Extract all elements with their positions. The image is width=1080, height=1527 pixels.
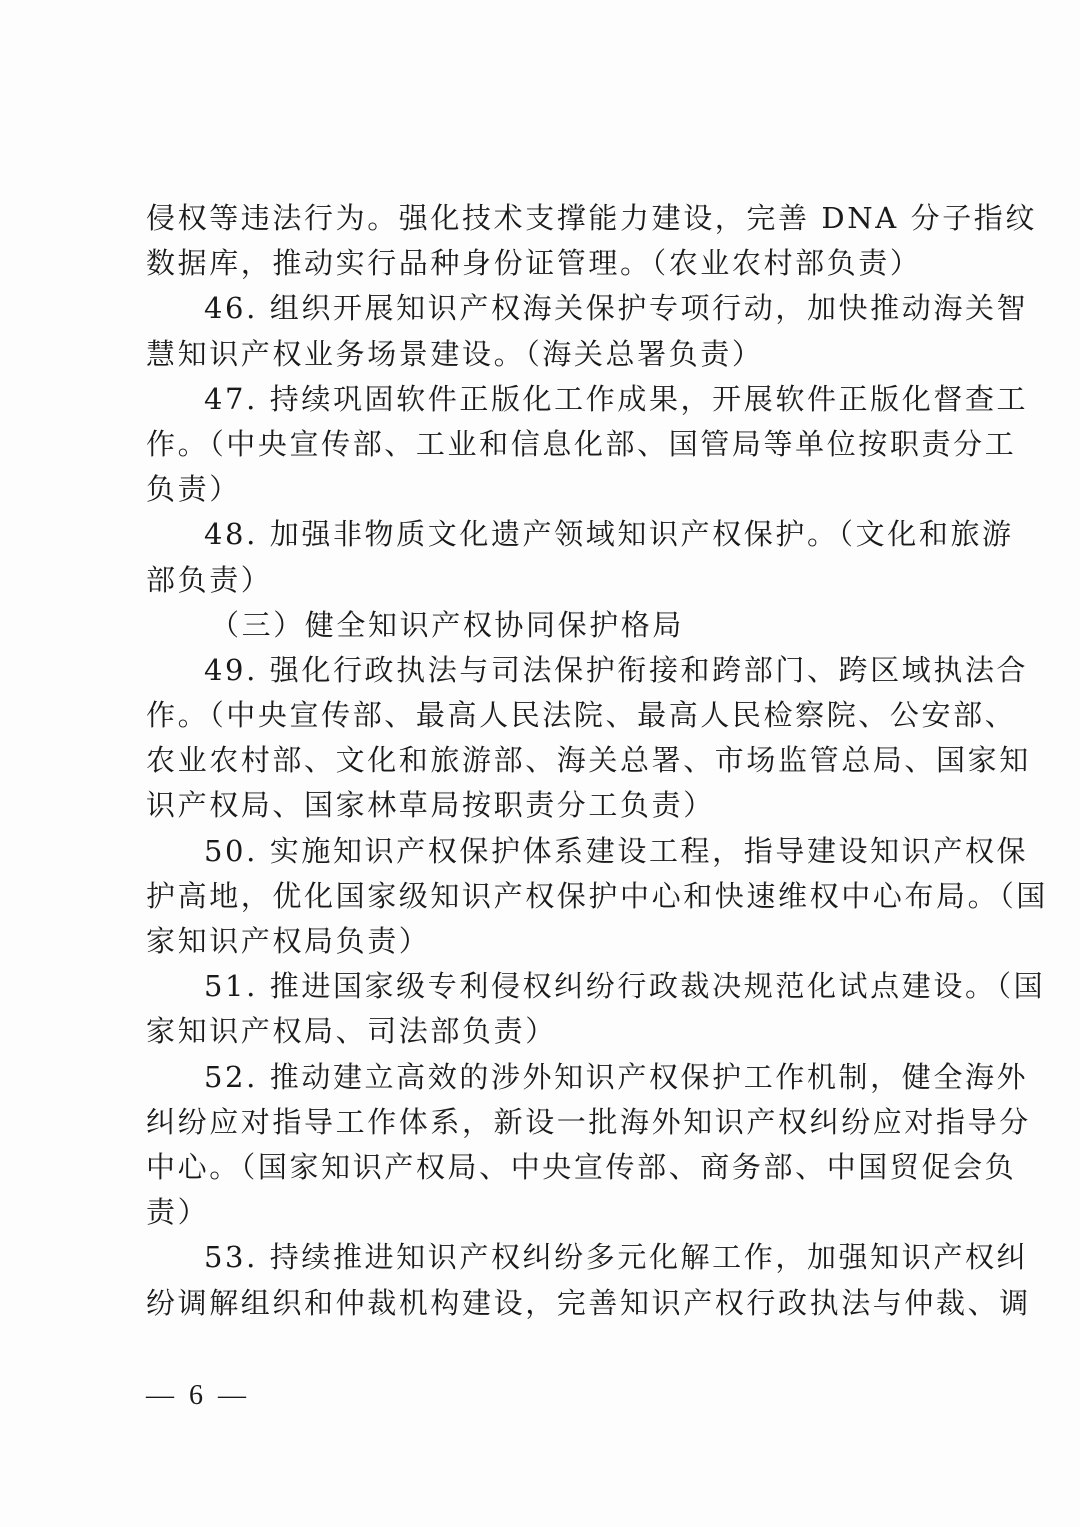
text-line: 负责） <box>146 467 946 512</box>
text-line: 责） <box>146 1190 946 1235</box>
item-47: 47. 持续巩固软件正版化工作成果，开展软件正版化督查工 <box>146 377 946 422</box>
text-line: 纷调解组织和仲裁机构建设，完善知识产权行政执法与仲裁、调 <box>146 1281 946 1326</box>
item-48: 48. 加强非物质文化遗产领域知识产权保护。（文化和旅游 <box>146 512 946 557</box>
item-49: 49. 强化行政执法与司法保护衔接和跨部门、跨区域执法合 <box>146 648 946 693</box>
text-line: 家知识产权局负责） <box>146 919 946 964</box>
text-line: 作。（中央宣传部、工业和信息化部、国管局等单位按职责分工 <box>146 422 946 467</box>
item-46: 46. 组织开展知识产权海关保护专项行动，加快推动海关智 <box>146 286 946 331</box>
text-line: 家知识产权局、司法部负责） <box>146 1009 946 1054</box>
item-50: 50. 实施知识产权保护体系建设工程，指导建设知识产权保 <box>146 829 946 874</box>
text-line: 作。（中央宣传部、最高人民法院、最高人民检察院、公安部、 <box>146 693 946 738</box>
section-heading: （三）健全知识产权协同保护格局 <box>146 603 946 648</box>
document-page: 侵权等违法行为。强化技术支撑能力建设，完善 DNA 分子指纹 数据库，推动实行品… <box>0 0 1080 1527</box>
text-line: 农业农村部、文化和旅游部、海关总署、市场监管总局、国家知 <box>146 738 946 783</box>
text-line: 识产权局、国家林草局按职责分工负责） <box>146 783 946 828</box>
item-52: 52. 推动建立高效的涉外知识产权保护工作机制，健全海外 <box>146 1055 946 1100</box>
text-line: 侵权等违法行为。强化技术支撑能力建设，完善 DNA 分子指纹 <box>146 196 946 241</box>
item-51: 51. 推进国家级专利侵权纠纷行政裁决规范化试点建设。（国 <box>146 964 946 1009</box>
text-line: 慧知识产权业务场景建设。（海关总署负责） <box>146 332 946 377</box>
text-line: 中心。（国家知识产权局、中央宣传部、商务部、中国贸促会负 <box>146 1145 946 1190</box>
document-body: 侵权等违法行为。强化技术支撑能力建设，完善 DNA 分子指纹 数据库，推动实行品… <box>146 196 946 1326</box>
text-line: 纠纷应对指导工作体系，新设一批海外知识产权纠纷应对指导分 <box>146 1100 946 1145</box>
item-53: 53. 持续推进知识产权纠纷多元化解工作，加强知识产权纠 <box>146 1235 946 1280</box>
page-number: — 6 — <box>146 1376 250 1416</box>
text-line: 护高地，优化国家级知识产权保护中心和快速维权中心布局。（国 <box>146 874 946 919</box>
text-line: 数据库，推动实行品种身份证管理。（农业农村部负责） <box>146 241 946 286</box>
text-line: 部负责） <box>146 558 946 603</box>
